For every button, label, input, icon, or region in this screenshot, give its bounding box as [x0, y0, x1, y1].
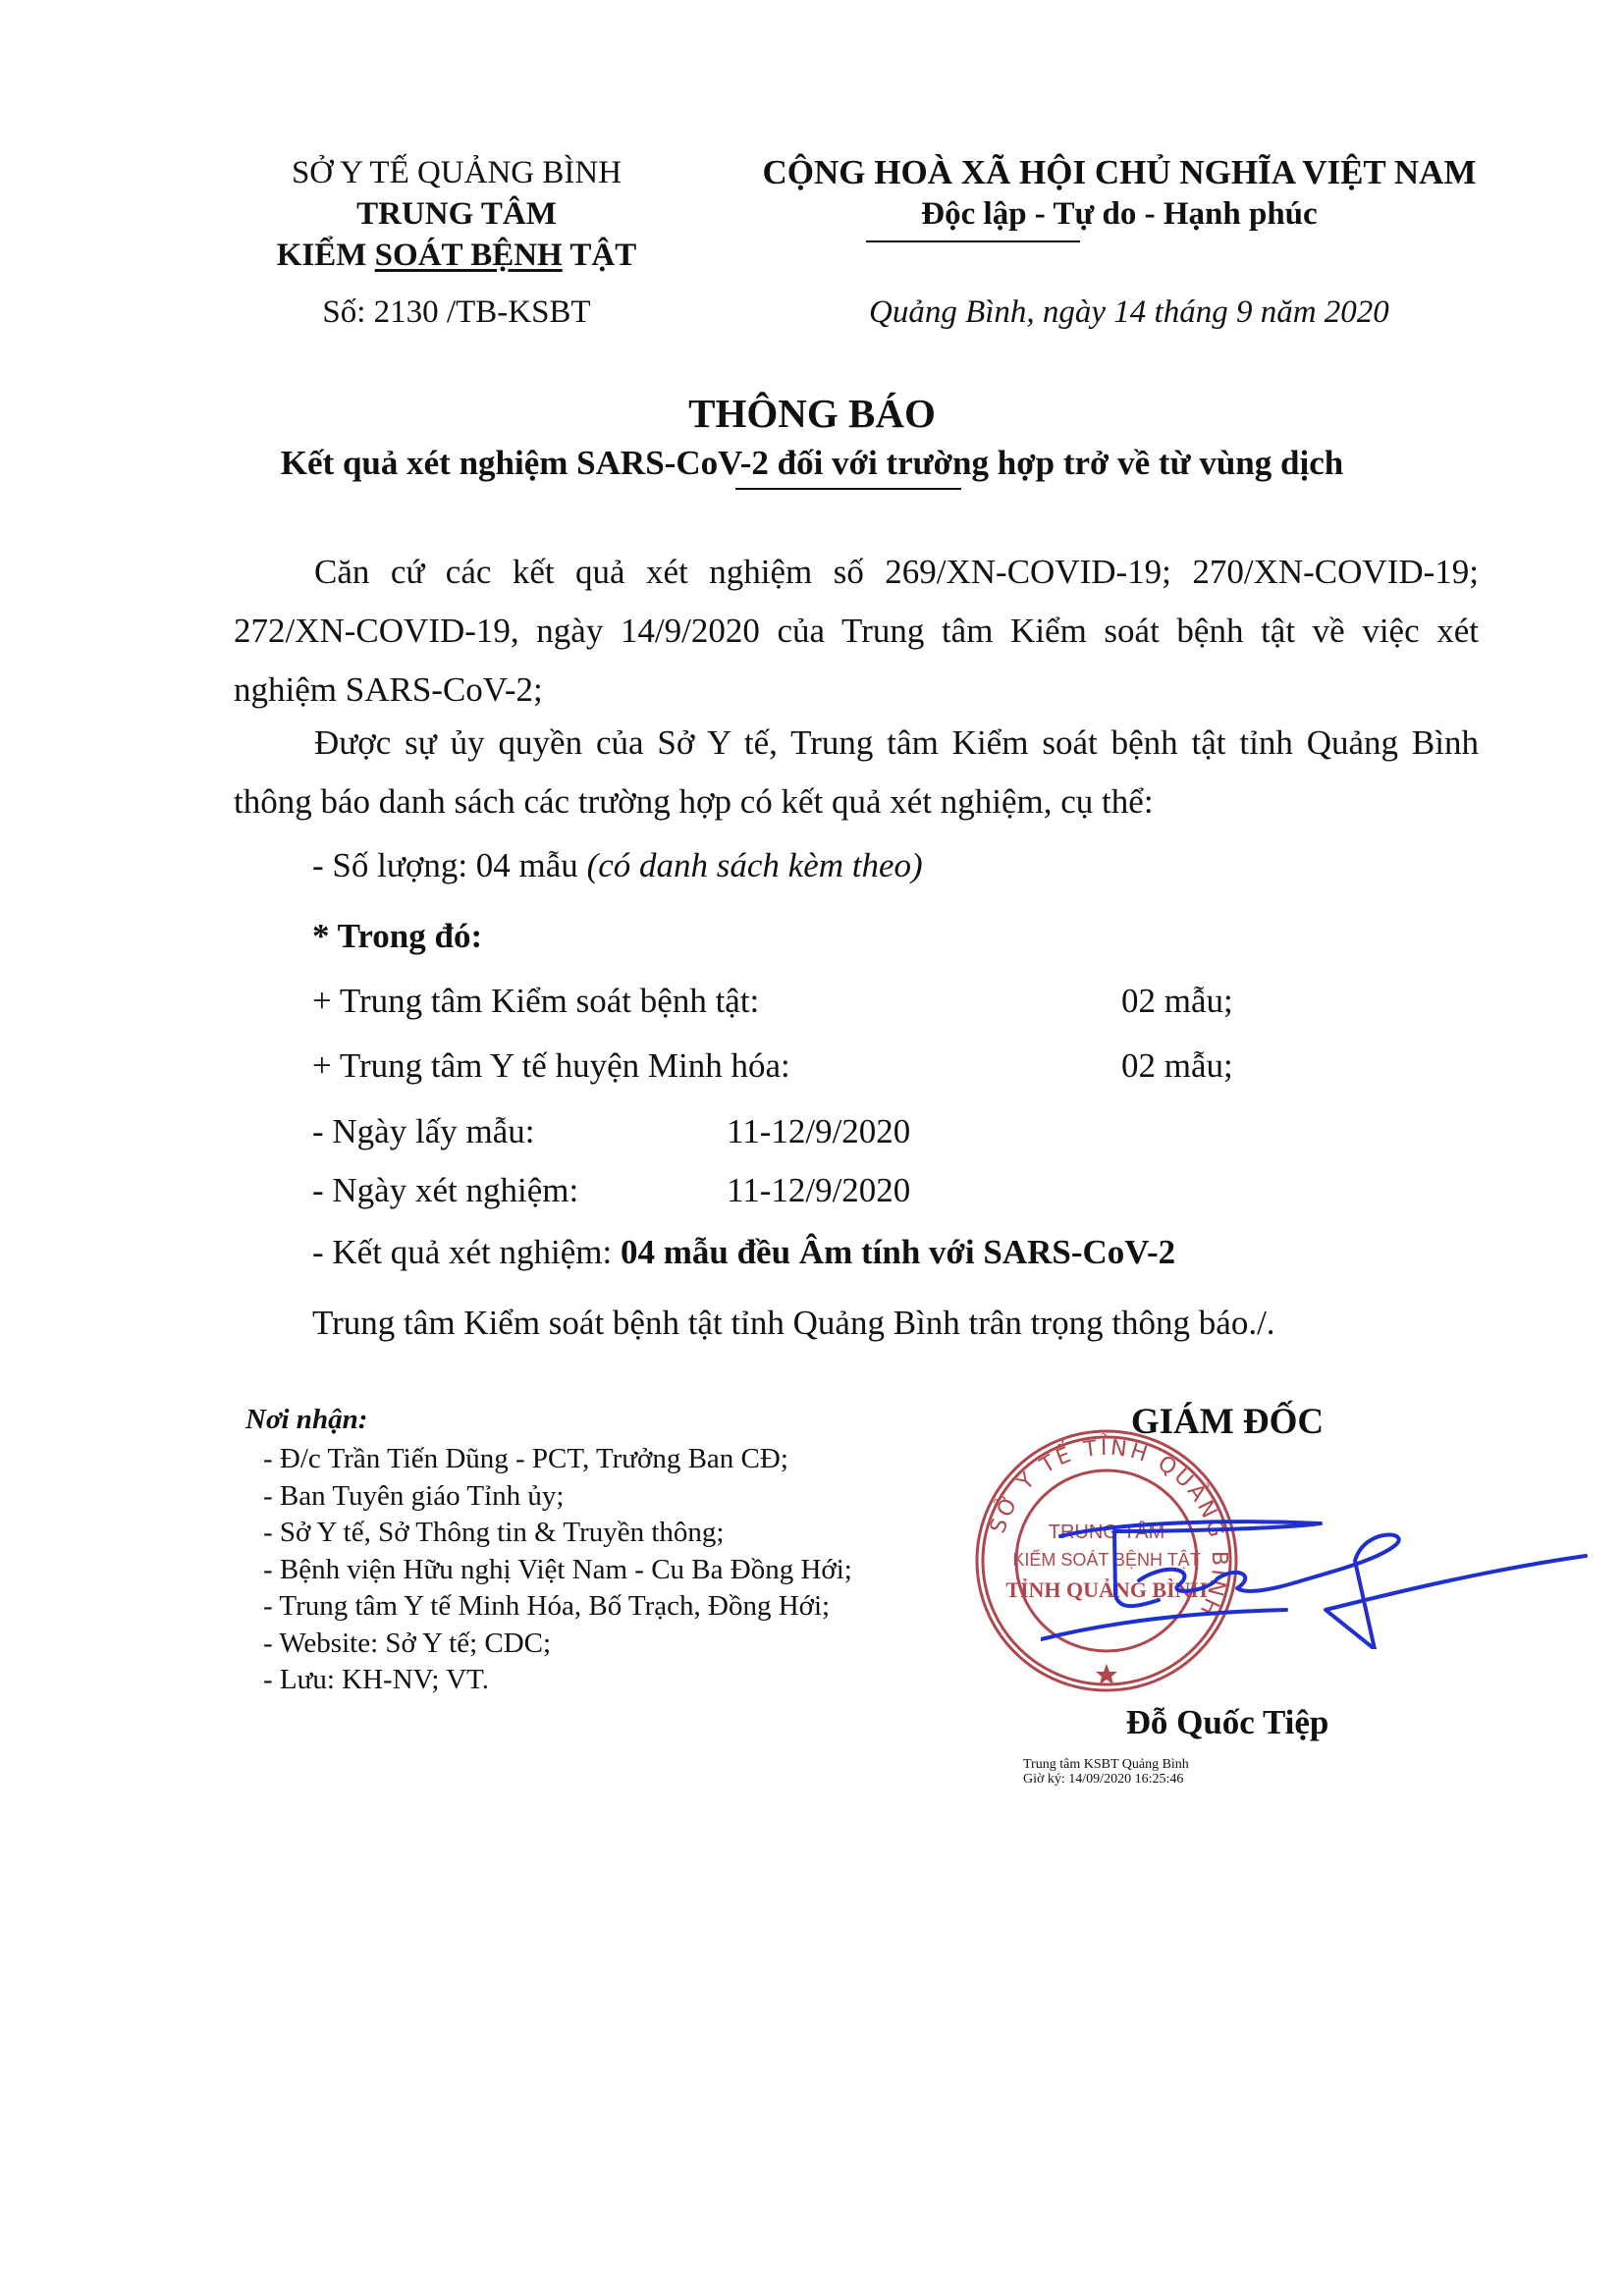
signer-name: Đỗ Quốc Tiệp — [982, 1703, 1473, 1742]
breakdown-item-value: 02 mẫu; — [1121, 1046, 1233, 1086]
parent-agency: SỞ Y TẾ QUẢNG BÌNH — [245, 152, 668, 193]
legal-basis-paragraph: Căn cứ các kết quả xét nghiệm số 269/XN-… — [234, 543, 1479, 720]
recipients-list: - Đ/c Trần Tiến Dũng - PCT, Trưởng Ban C… — [263, 1441, 852, 1699]
agency-name-line1: TRUNG TÂM — [245, 193, 668, 235]
agency-name-line2: KIỂM SOÁT BỆNH TẬT — [245, 235, 668, 276]
test-result-value: 04 mẫu đều Âm tính với SARS-CoV-2 — [621, 1233, 1175, 1271]
national-motto: Độc lập - Tự do - Hạnh phúc — [731, 193, 1507, 235]
sample-date-value: 11-12/9/2020 — [727, 1112, 910, 1151]
digital-signature-time: Giờ ký: 14/09/2020 16:25:46 — [1023, 1772, 1189, 1787]
recipient-item: - Lưu: KH-NV; VT. — [263, 1662, 852, 1699]
recipients-heading: Nơi nhận: — [245, 1404, 367, 1436]
test-result: - Kết quả xét nghiệm: 04 mẫu đều Âm tính… — [312, 1233, 1175, 1272]
recipient-item: - Trung tâm Y tế Minh Hóa, Bố Trạch, Đồn… — [263, 1588, 852, 1626]
breakdown-item-value: 02 mẫu; — [1121, 982, 1233, 1021]
recipient-item: - Ban Tuyên giáo Tỉnh ủy; — [263, 1478, 852, 1516]
breakdown-heading: * Trong đó: — [312, 917, 482, 956]
test-date-value: 11-12/9/2020 — [727, 1171, 910, 1210]
breakdown-item-label: + Trung tâm Y tế huyện Minh hóa: — [312, 1046, 790, 1086]
document-title: THÔNG BÁO — [0, 390, 1624, 437]
issuing-agency-block: SỞ Y TẾ QUẢNG BÌNH TRUNG TÂM KIỂM SOÁT B… — [245, 152, 668, 276]
document-number: Số: 2130 /TB-KSBT — [245, 294, 668, 331]
sample-date-label: - Ngày lấy mẫu: — [312, 1112, 534, 1151]
digital-signature-org: Trung tâm KSBT Quảng Bình — [1023, 1757, 1189, 1772]
recipient-item: - Bệnh viện Hữu nghị Việt Nam - Cu Ba Đồ… — [263, 1552, 852, 1589]
agency-name-line2-underlined: SOÁT BỆNH — [375, 238, 563, 273]
subtitle-underline-divider — [735, 488, 961, 490]
nation-name: CỘNG HOÀ XÃ HỘI CHỦ NGHĨA VIỆT NAM — [731, 152, 1507, 193]
place-and-date: Quảng Bình, ngày 14 tháng 9 năm 2020 — [869, 294, 1389, 331]
digital-signature-info: Trung tâm KSBT Quảng Bình Giờ ký: 14/09/… — [1023, 1757, 1189, 1787]
agency-name-line2-pre: KIỂM — [277, 238, 375, 273]
recipient-item: - Đ/c Trần Tiến Dũng - PCT, Trưởng Ban C… — [263, 1441, 852, 1478]
motto-underline-divider — [866, 240, 1080, 242]
recipient-item: - Sở Y tế, Sở Thông tin & Truyền thông; — [263, 1515, 852, 1552]
test-result-label: - Kết quả xét nghiệm: — [312, 1233, 621, 1271]
sample-quantity-label: - Số lượng: 04 mẫu — [312, 846, 587, 884]
recipient-item: - Website: Sở Y tế; CDC; — [263, 1626, 852, 1663]
handwritten-signature-icon — [1041, 1502, 1591, 1649]
breakdown-item-label: + Trung tâm Kiểm soát bệnh tật: — [312, 982, 759, 1021]
agency-name-line2-post: TẬT — [563, 238, 637, 273]
sample-quantity-note: (có danh sách kèm theo) — [587, 846, 923, 884]
national-header-block: CỘNG HOÀ XÃ HỘI CHỦ NGHĨA VIỆT NAM Độc l… — [731, 152, 1507, 235]
sample-quantity: - Số lượng: 04 mẫu (có danh sách kèm the… — [312, 846, 923, 885]
test-date-label: - Ngày xét nghiệm: — [312, 1171, 578, 1210]
authorization-paragraph: Được sự ủy quyền của Sở Y tế, Trung tâm … — [234, 714, 1479, 831]
document-subtitle: Kết quả xét nghiệm SARS-CoV-2 đối với tr… — [0, 444, 1624, 483]
closing-statement: Trung tâm Kiểm soát bệnh tật tỉnh Quảng … — [312, 1304, 1275, 1343]
